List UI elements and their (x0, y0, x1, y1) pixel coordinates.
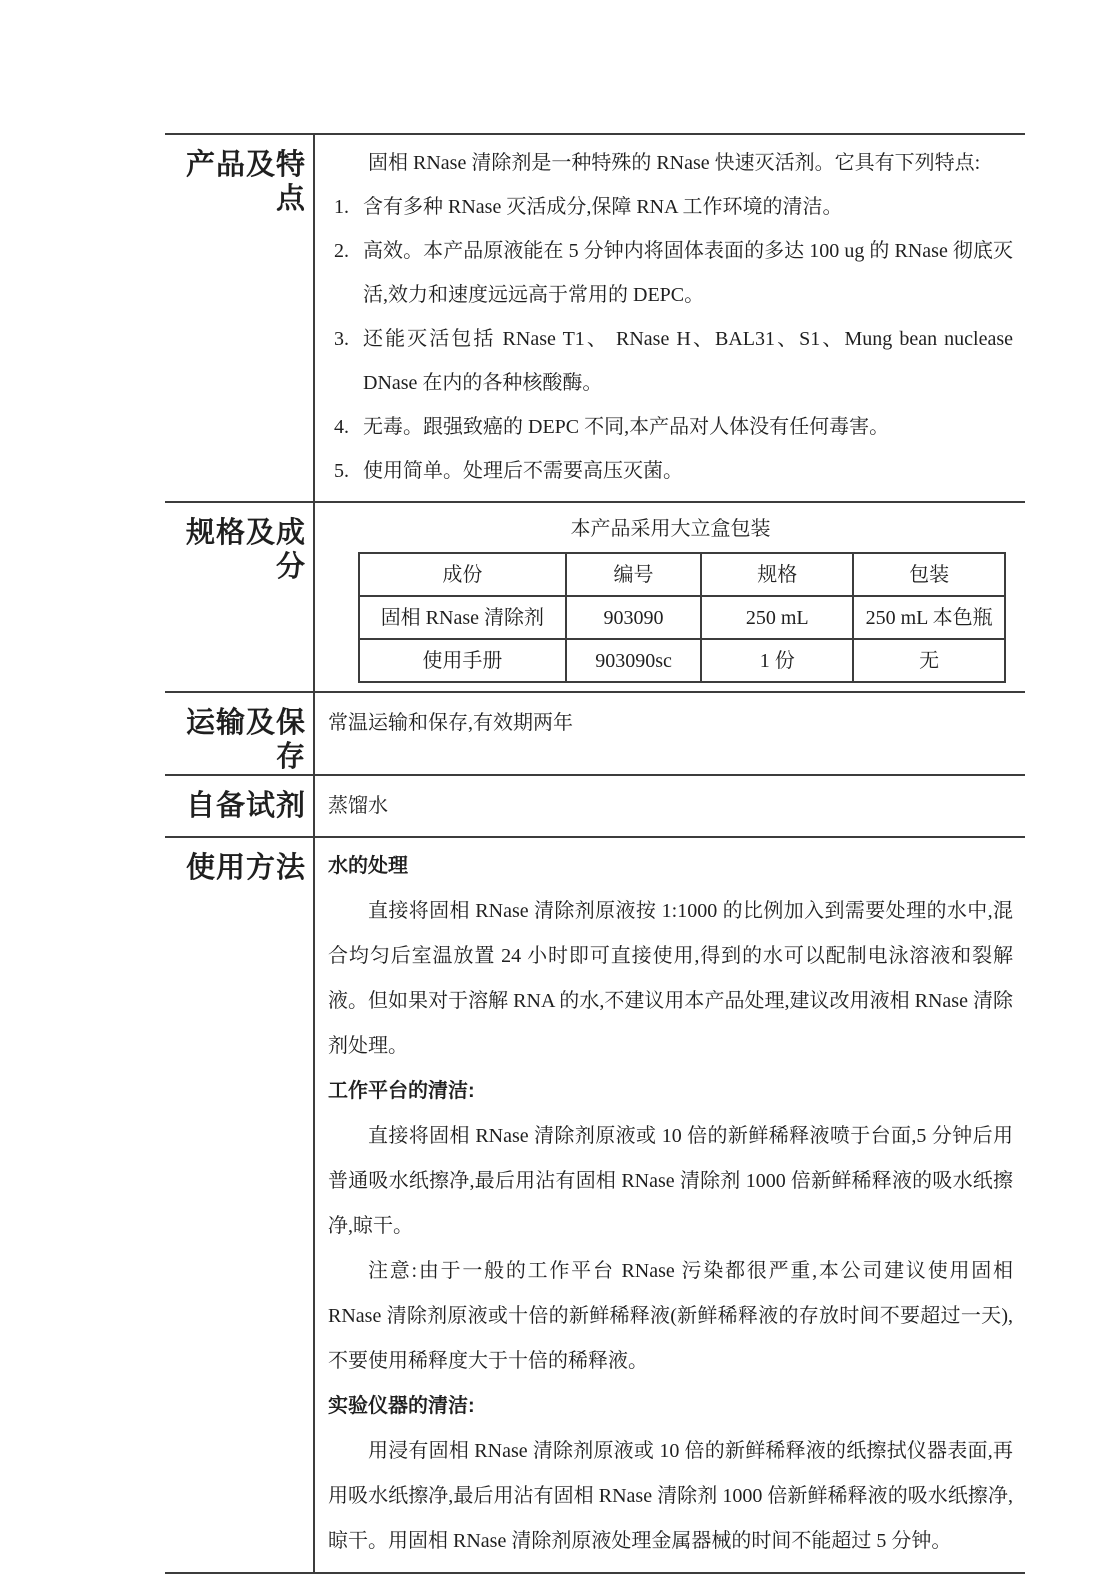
section-storage: 运输及保存 常温运输和保存,有效期两年 (165, 691, 1025, 774)
feature-number: 2. (328, 229, 363, 317)
spec-cell: 903090sc (566, 639, 702, 682)
spec-header-cell: 成份 (359, 553, 566, 596)
spec-cell: 250 mL (701, 596, 853, 639)
feature-number: 3. (328, 317, 363, 405)
feature-number: 1. (328, 185, 363, 229)
spec-cell: 固相 RNase 清除剂 (359, 596, 566, 639)
spec-table-row: 使用手册 903090sc 1 份 无 (359, 639, 1005, 682)
spec-cell: 无 (853, 639, 1005, 682)
section-reagent-label: 自备试剂 (165, 776, 315, 836)
usage-water-heading: 水的处理 (328, 844, 1013, 889)
section-reagent: 自备试剂 蒸馏水 (165, 774, 1025, 836)
spec-header-cell: 编号 (566, 553, 702, 596)
section-usage: 使用方法 水的处理 直接将固相 RNase 清除剂原液按 1:1000 的比例加… (165, 836, 1025, 1572)
product-datasheet: 产品及特点 固相 RNase 清除剂是一种特殊的 RNase 快速灭活剂。它具有… (165, 133, 1025, 1574)
feature-item: 2. 高效。本产品原液能在 5 分钟内将固体表面的多达 100 ug 的 RNa… (328, 229, 1013, 317)
feature-item: 3. 还能灭活包括 RNase T1、 RNase H、BAL31、S1、Mun… (328, 317, 1013, 405)
section-spec-label: 规格及成分 (165, 503, 315, 691)
feature-item: 1. 含有多种 RNase 灭活成分,保障 RNA 工作环境的清洁。 (328, 185, 1013, 229)
usage-platform-paragraph: 直接将固相 RNase 清除剂原液或 10 倍的新鲜稀释液喷于台面,5 分钟后用… (328, 1114, 1013, 1249)
usage-platform-heading: 工作平台的清洁: (328, 1069, 1013, 1114)
spec-header-cell: 包装 (853, 553, 1005, 596)
spec-cell: 903090 (566, 596, 702, 639)
spec-table-row: 固相 RNase 清除剂 903090 250 mL 250 mL 本色瓶 (359, 596, 1005, 639)
usage-platform-note: 注意:由于一般的工作平台 RNase 污染都很严重,本公司建议使用固相 RNas… (328, 1249, 1013, 1384)
section-usage-content: 水的处理 直接将固相 RNase 清除剂原液按 1:1000 的比例加入到需要处… (315, 838, 1025, 1572)
usage-instrument-heading: 实验仪器的清洁: (328, 1384, 1013, 1429)
section-spec: 规格及成分 本产品采用大立盒包装 成份 编号 规格 包装 固相 RNase 清除… (165, 501, 1025, 691)
spec-cell: 使用手册 (359, 639, 566, 682)
reagent-text: 蒸馏水 (315, 776, 1025, 836)
storage-text: 常温运输和保存,有效期两年 (315, 693, 1025, 774)
section-storage-label: 运输及保存 (165, 693, 315, 774)
feature-item: 4. 无毒。跟强致癌的 DEPC 不同,本产品对人体没有任何毒害。 (328, 405, 1013, 449)
spec-cell: 250 mL 本色瓶 (853, 596, 1005, 639)
feature-number: 5. (328, 449, 363, 493)
section-spec-content: 本产品采用大立盒包装 成份 编号 规格 包装 固相 RNase 清除剂 9030… (315, 503, 1025, 691)
feature-text: 无毒。跟强致癌的 DEPC 不同,本产品对人体没有任何毒害。 (363, 405, 1013, 449)
feature-text: 使用简单。处理后不需要高压灭菌。 (363, 449, 1013, 493)
usage-instrument-paragraph: 用浸有固相 RNase 清除剂原液或 10 倍的新鲜稀释液的纸擦拭仪器表面,再用… (328, 1429, 1013, 1564)
spec-table-caption: 本产品采用大立盒包装 (328, 509, 1013, 549)
spec-table-header-row: 成份 编号 规格 包装 (359, 553, 1005, 596)
spec-cell: 1 份 (701, 639, 853, 682)
spec-header-cell: 规格 (701, 553, 853, 596)
feature-text: 高效。本产品原液能在 5 分钟内将固体表面的多达 100 ug 的 RNase … (363, 229, 1013, 317)
features-intro: 固相 RNase 清除剂是一种特殊的 RNase 快速灭活剂。它具有下列特点: (328, 141, 1013, 185)
feature-number: 4. (328, 405, 363, 449)
section-features-label: 产品及特点 (165, 135, 315, 501)
usage-water-paragraph: 直接将固相 RNase 清除剂原液按 1:1000 的比例加入到需要处理的水中,… (328, 889, 1013, 1069)
section-features-content: 固相 RNase 清除剂是一种特殊的 RNase 快速灭活剂。它具有下列特点: … (315, 135, 1025, 501)
section-usage-label: 使用方法 (165, 838, 315, 1572)
feature-text: 还能灭活包括 RNase T1、 RNase H、BAL31、S1、Mung b… (363, 317, 1013, 405)
section-features: 产品及特点 固相 RNase 清除剂是一种特殊的 RNase 快速灭活剂。它具有… (165, 133, 1025, 501)
spec-table: 成份 编号 规格 包装 固相 RNase 清除剂 903090 250 mL 2… (358, 552, 1006, 683)
feature-text: 含有多种 RNase 灭活成分,保障 RNA 工作环境的清洁。 (363, 185, 1013, 229)
feature-item: 5. 使用简单。处理后不需要高压灭菌。 (328, 449, 1013, 493)
